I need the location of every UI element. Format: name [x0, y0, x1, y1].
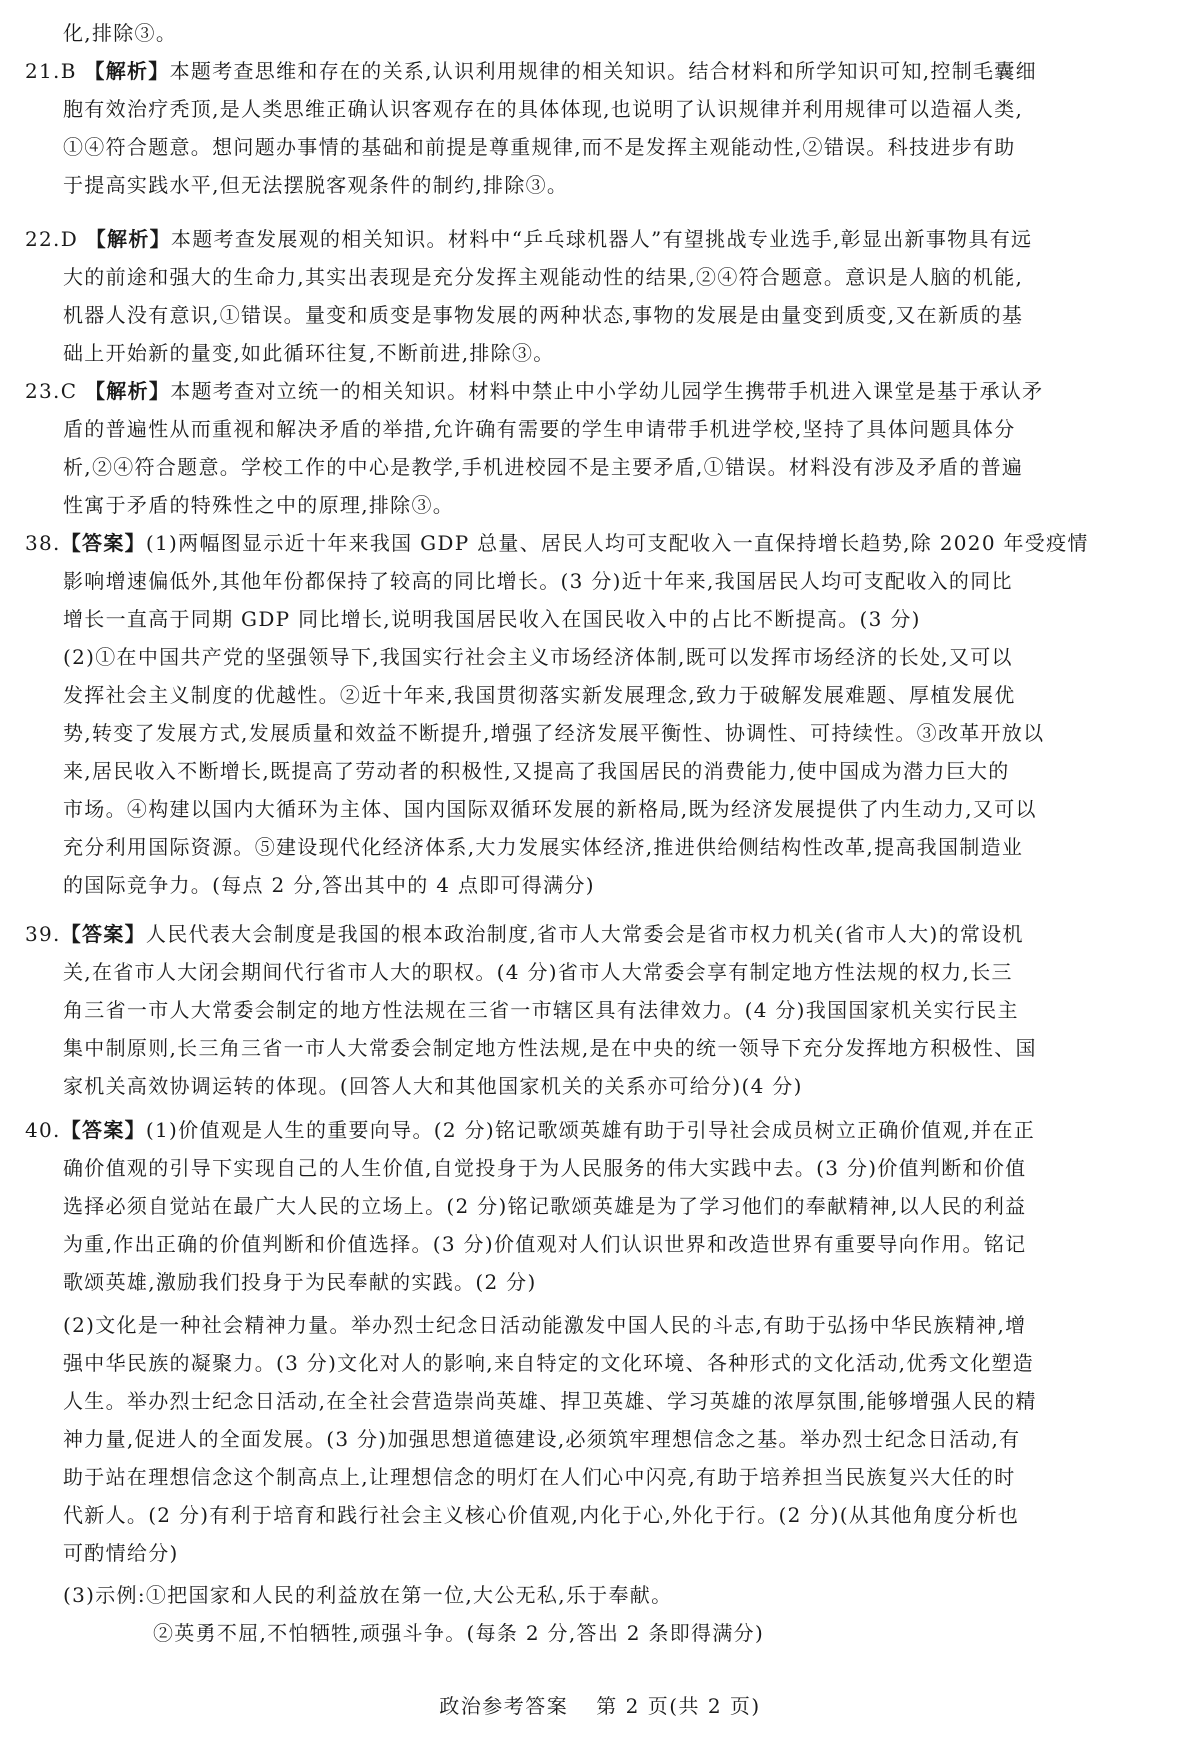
- answer-39-line-1: 39.【答案】人民代表大会制度是我国的根本政治制度,省市人大常委会是省市权力机关…: [0, 915, 1200, 953]
- answer-40-line-11: 代新人。(2 分)有利于培育和践行社会主义核心价值观,内化于心,外化于行。(2 …: [0, 1496, 1200, 1534]
- answer-tag: 【答案】: [61, 531, 146, 555]
- answer-38-line-10: 的国际竞争力。(每点 2 分,答出其中的 4 点即可得满分): [0, 866, 1200, 904]
- question-number: 22.D: [25, 227, 78, 251]
- answer-40-line-7: 强中华民族的凝聚力。(3 分)文化对人的影响,来自特定的文化环境、各种形式的文化…: [0, 1344, 1200, 1382]
- answer-text: 人民代表大会制度是我国的根本政治制度,省市人大常委会是省市权力机关(省市人大)的…: [146, 922, 1024, 946]
- question-number: 39.: [25, 922, 61, 946]
- answer-text: (1)两幅图显示近十年来我国 GDP 总量、居民人均可支配收入一直保持增长趋势,…: [146, 531, 1089, 555]
- answer-39-line-5: 家机关高效协调运转的体现。(回答人大和其他国家机关的关系亦可给分)(4 分): [0, 1067, 1200, 1105]
- answer-40-line-10: 助于站在理想信念这个制高点上,让理想信念的明灯在人们心中闪亮,有助于培养担当民族…: [0, 1458, 1200, 1496]
- question-number: 40.: [25, 1118, 61, 1142]
- answer-40-line-6: (2)文化是一种社会精神力量。举办烈士纪念日活动能激发中国人民的斗志,有助于弘扬…: [0, 1306, 1200, 1344]
- answer-38-line-9: 充分利用国际资源。⑤建设现代化经济体系,大力发展实体经济,推进供给侧结构性改革,…: [0, 828, 1200, 866]
- answer-text: 本题考查发展观的相关知识。材料中“乒乓球机器人”有望挑战专业选手,彰显出新事物具…: [171, 227, 1032, 251]
- question-number: 38.: [25, 531, 61, 555]
- answer-23-line-2: 盾的普遍性从而重视和解决矛盾的举措,允许确有需要的学生申请带手机进学校,坚持了具…: [0, 410, 1200, 448]
- analysis-tag: 【解析】: [85, 379, 170, 403]
- answer-22-line-2: 大的前途和强大的生命力,其实出表现是充分发挥主观能动性的结果,②④符合题意。意识…: [0, 258, 1200, 296]
- answer-40-line-5: 歌颂英雄,激励我们投身于为民奉献的实践。(2 分): [0, 1263, 1200, 1301]
- answer-40-line-3: 选择必须自觉站在最广大人民的立场上。(2 分)铭记歌颂英雄是为了学习他们的奉献精…: [0, 1187, 1200, 1225]
- answer-text: 本题考查思维和存在的关系,认识利用规律的相关知识。结合材料和所学知识可知,控制毛…: [170, 59, 1037, 83]
- footer-page-number: 第 2 页(共 2 页): [596, 1694, 760, 1718]
- answer-38-line-8: 市场。④构建以国内大循环为主体、国内国际双循环发展的新格局,既为经济发展提供了内…: [0, 790, 1200, 828]
- answer-38-line-2: 影响增速偏低外,其他年份都保持了较高的同比增长。(3 分)近十年来,我国居民人均…: [0, 562, 1200, 600]
- answer-38-line-5: 发挥社会主义制度的优越性。②近十年来,我国贯彻落实新发展理念,致力于破解发展难题…: [0, 676, 1200, 714]
- footer-subject: 政治参考答案: [439, 1694, 568, 1718]
- answer-40-line-9: 神力量,促进人的全面发展。(3 分)加强思想道德建设,必须筑牢理想信念之基。举办…: [0, 1420, 1200, 1458]
- answer-40-line-13: (3)示例:①把国家和人民的利益放在第一位,大公无私,乐于奉献。: [0, 1576, 1200, 1614]
- answer-40-line-14: ②英勇不屈,不怕牺牲,顽强斗争。(每条 2 分,答出 2 条即得满分): [0, 1614, 1200, 1652]
- answer-22-line-4: 础上开始新的量变,如此循环往复,不断前进,排除③。: [0, 334, 1200, 372]
- answer-38-line-6: 势,转变了发展方式,发展质量和效益不断提升,增强了经济发展平衡性、协调性、可持续…: [0, 714, 1200, 752]
- answer-tag: 【答案】: [61, 922, 146, 946]
- answer-23-line-3: 析,②④符合题意。学校工作的中心是教学,手机进校园不是主要矛盾,①错误。材料没有…: [0, 448, 1200, 486]
- answer-key-page: 化,排除③。 21.B 【解析】本题考查思维和存在的关系,认识利用规律的相关知识…: [0, 0, 1200, 1751]
- answer-38-line-1: 38.【答案】(1)两幅图显示近十年来我国 GDP 总量、居民人均可支配收入一直…: [0, 524, 1200, 562]
- answer-39-line-2: 关,在省市人大闭会期间代行省市人大的职权。(4 分)省市人大常委会享有制定地方性…: [0, 953, 1200, 991]
- analysis-tag: 【解析】: [84, 59, 169, 83]
- answer-38-line-4: (2)①在中国共产党的坚强领导下,我国实行社会主义市场经济体制,既可以发挥市场经…: [0, 638, 1200, 676]
- answer-40-line-12: 可酌情给分): [0, 1534, 1200, 1572]
- carryover-line: 化,排除③。: [0, 14, 1200, 52]
- answer-21-line-4: 于提高实践水平,但无法摆脱客观条件的制约,排除③。: [0, 166, 1200, 204]
- answer-38-line-3: 增长一直高于同期 GDP 同比增长,说明我国居民收入在国民收入中的占比不断提高。…: [0, 600, 1200, 638]
- analysis-tag: 【解析】: [86, 227, 171, 251]
- answer-21-line-2: 胞有效治疗秃顶,是人类思维正确认识客观存在的具体体现,也说明了认识规律并利用规律…: [0, 90, 1200, 128]
- answer-tag: 【答案】: [61, 1118, 146, 1142]
- page-footer: 政治参考答案第 2 页(共 2 页): [0, 1690, 1200, 1719]
- answer-21-line-3: ①④符合题意。想问题办事情的基础和前提是尊重规律,而不是发挥主观能动性,②错误。…: [0, 128, 1200, 166]
- answer-22-line-1: 22.D 【解析】本题考查发展观的相关知识。材料中“乒乓球机器人”有望挑战专业选…: [0, 220, 1200, 258]
- answer-text: 本题考查对立统一的相关知识。材料中禁止中小学幼儿园学生携带手机进入课堂是基于承认…: [170, 379, 1043, 403]
- answer-40-line-2: 确价值观的引导下实现自己的人生价值,自觉投身于为人民服务的伟大实践中去。(3 分…: [0, 1149, 1200, 1187]
- answer-21-line-1: 21.B 【解析】本题考查思维和存在的关系,认识利用规律的相关知识。结合材料和所…: [0, 52, 1200, 90]
- answer-23-line-1: 23.C 【解析】本题考查对立统一的相关知识。材料中禁止中小学幼儿园学生携带手机…: [0, 372, 1200, 410]
- answer-38-line-7: 来,居民收入不断增长,既提高了劳动者的积极性,又提高了我国居民的消费能力,使中国…: [0, 752, 1200, 790]
- answer-text: (1)价值观是人生的重要向导。(2 分)铭记歌颂英雄有助于引导社会成员树立正确价…: [146, 1118, 1035, 1142]
- answer-22-line-3: 机器人没有意识,①错误。量变和质变是事物发展的两种状态,事物的发展是由量变到质变…: [0, 296, 1200, 334]
- answer-40-line-8: 人生。举办烈士纪念日活动,在全社会营造崇尚英雄、捍卫英雄、学习英雄的浓厚氛围,能…: [0, 1382, 1200, 1420]
- answer-40-line-1: 40.【答案】(1)价值观是人生的重要向导。(2 分)铭记歌颂英雄有助于引导社会…: [0, 1111, 1200, 1149]
- question-number: 21.B: [25, 59, 77, 83]
- question-number: 23.C: [25, 379, 77, 403]
- answer-39-line-3: 角三省一市人大常委会制定的地方性法规在三省一市辖区具有法律效力。(4 分)我国国…: [0, 991, 1200, 1029]
- answer-40-line-4: 为重,作出正确的价值判断和价值选择。(3 分)价值观对人们认识世界和改造世界有重…: [0, 1225, 1200, 1263]
- answer-23-line-4: 性寓于矛盾的特殊性之中的原理,排除③。: [0, 486, 1200, 524]
- answer-39-line-4: 集中制原则,长三角三省一市人大常委会制定地方性法规,是在中央的统一领导下充分发挥…: [0, 1029, 1200, 1067]
